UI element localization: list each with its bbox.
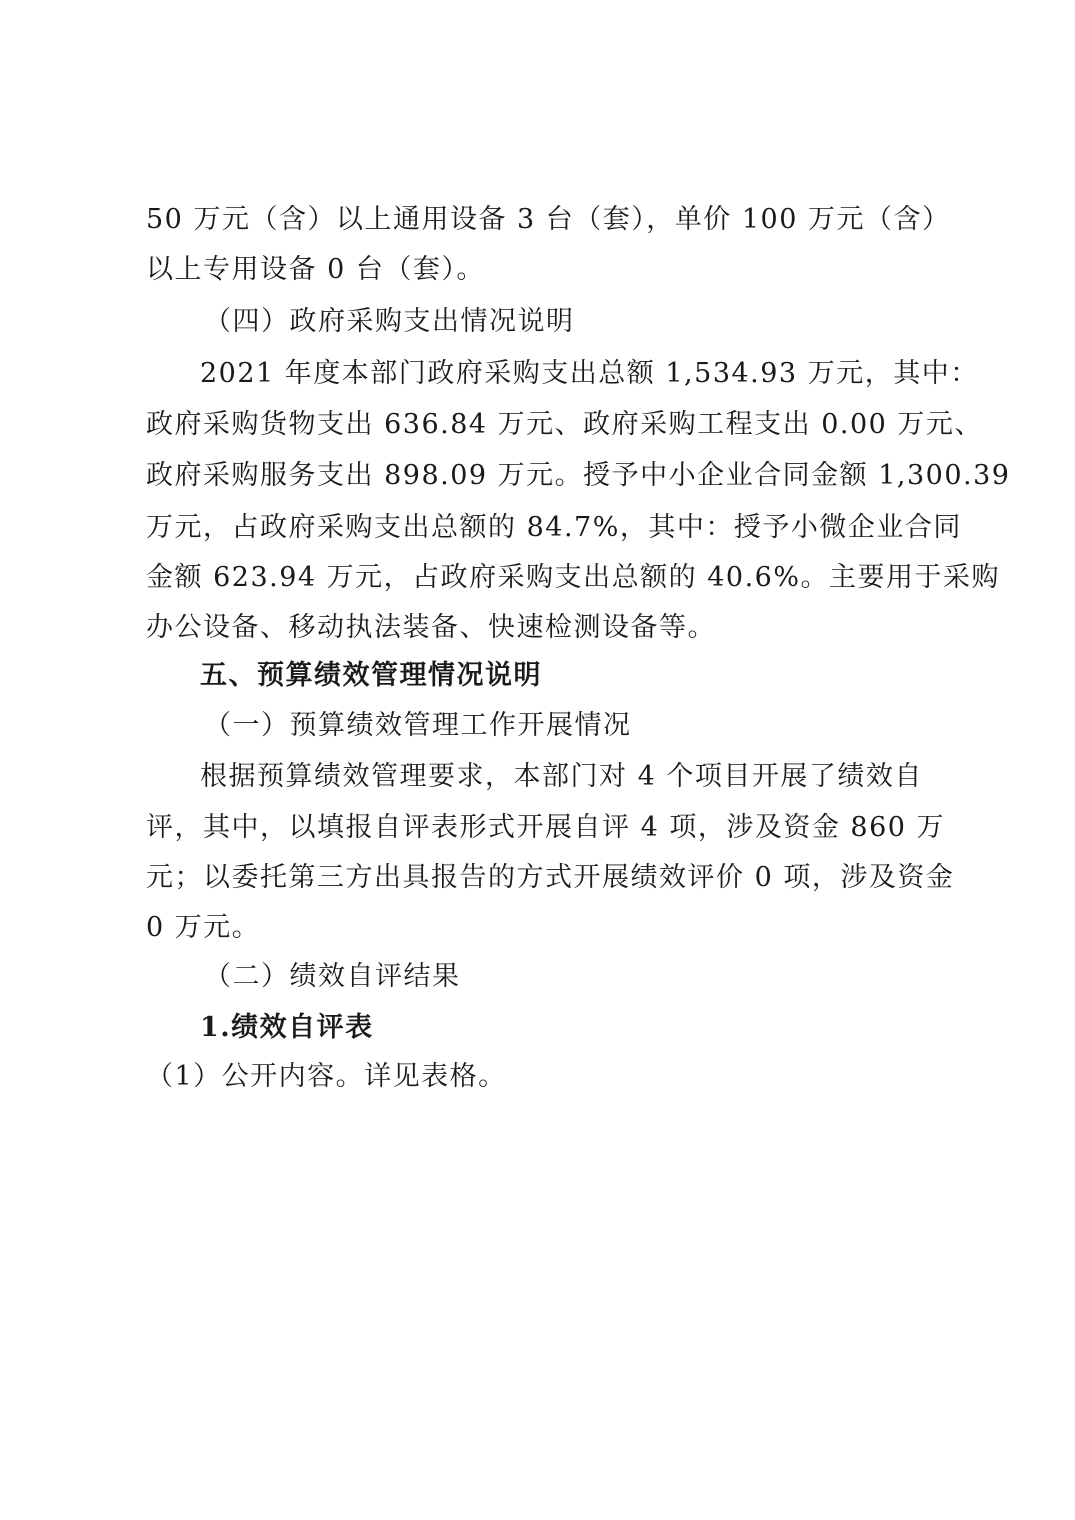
paragraph-procurement-line-6: 办公设备、移动执法装备、快速检测设备等。 <box>146 608 716 648</box>
paragraph-performance-line-2: 评，其中，以填报自评表形式开展自评 4 项，涉及资金 860 万 <box>146 808 941 848</box>
subheading-performance-work: （一）预算绩效管理工作开展情况 <box>204 706 632 746</box>
paragraph-procurement-line-2: 政府采购货物支出 636.84 万元、政府采购工程支出 0.00 万元、 <box>146 405 941 445</box>
subheading-procurement: （四）政府采购支出情况说明 <box>204 302 575 342</box>
subheading-self-evaluation: （二）绩效自评结果 <box>204 957 461 997</box>
document-page: 50 万元（含）以上通用设备 3 台（套），单价 100 万元（含） 以上专用设… <box>0 0 1075 1520</box>
item-public-content: （1）公开内容。详见表格。 <box>146 1057 507 1097</box>
paragraph-procurement-line-4: 万元，占政府采购支出总额的 84.7%，其中：授予小微企业合同 <box>146 508 941 548</box>
section-heading-performance: 五、预算绩效管理情况说明 <box>200 656 542 696</box>
paragraph-performance-line-3: 元；以委托第三方出具报告的方式开展绩效评价 0 项，涉及资金 <box>146 858 941 898</box>
paragraph-equipment-line-1: 50 万元（含）以上通用设备 3 台（套），单价 100 万元（含） <box>146 200 941 240</box>
paragraph-procurement-line-1: 2021 年度本部门政府采购支出总额 1,534.93 万元，其中： <box>200 354 941 394</box>
paragraph-procurement-line-3: 政府采购服务支出 898.09 万元。授予中小企业合同金额 1,300.39 <box>146 456 941 496</box>
paragraph-procurement-line-5: 金额 623.94 万元，占政府采购支出总额的 40.6%。主要用于采购 <box>146 558 941 598</box>
paragraph-equipment-line-2: 以上专用设备 0 台（套）。 <box>146 250 485 290</box>
paragraph-performance-line-4: 0 万元。 <box>146 908 260 948</box>
item-heading-evaluation-table: 1.绩效自评表 <box>200 1008 374 1048</box>
paragraph-performance-line-1: 根据预算绩效管理要求，本部门对 4 个项目开展了绩效自 <box>200 757 923 797</box>
